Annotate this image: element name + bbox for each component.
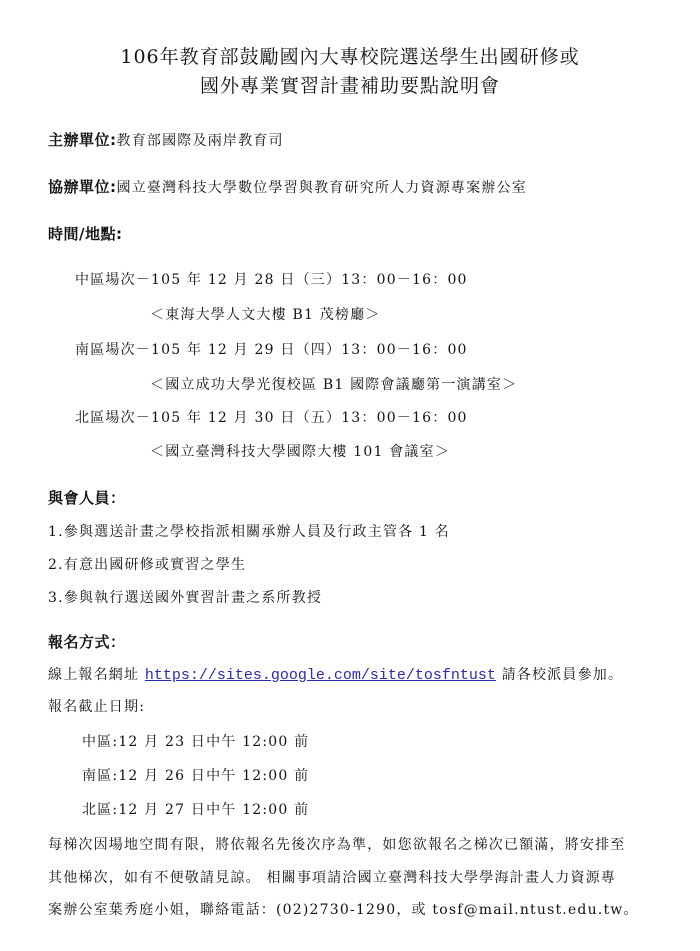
- deadline-south: 南區:12 月 26 日中午 12:00 前: [82, 766, 309, 786]
- session-south-venue: ＜國立成功大學光復校區 B1 國際會議廳第一演講室＞: [150, 375, 517, 395]
- online-registration-row: 線上報名網址 https://sites.google.com/site/tos…: [48, 665, 623, 686]
- note-line-3: 案辦公室葉秀庭小姐，聯絡電話：(02)2730-1290，或 tosf@mail…: [48, 900, 639, 920]
- co-organizer-value: 國立臺灣科技大學數位學習與教育研究所人力資源專案辦公室: [117, 180, 527, 196]
- participants-heading: 與會人員：: [48, 488, 126, 508]
- deadline-north: 北區:12 月 27 日中午 12:00 前: [82, 800, 309, 820]
- participant-item-3: 3.參與執行選送國外實習計畫之系所教授: [48, 588, 322, 608]
- session-central-schedule: 中區場次－105 年 12 月 28 日（三）13：00－16：00: [75, 270, 468, 290]
- co-organizer-row: 協辦單位:國立臺灣科技大學數位學習與教育研究所人力資源專案辦公室: [48, 177, 527, 198]
- document-title-line-1: 106年教育部鼓勵國內大專校院選送學生出國研修或: [0, 45, 700, 69]
- session-north-schedule: 北區場次－105 年 12 月 30 日（五）13：00－16：00: [75, 408, 468, 428]
- co-organizer-label: 協辦單位:: [48, 178, 117, 196]
- document-page: 106年教育部鼓勵國內大專校院選送學生出國研修或 國外專業實習計畫補助要點說明會…: [0, 0, 700, 951]
- deadline-label: 報名截止日期:: [48, 697, 145, 717]
- session-central-venue: ＜東海大學人文大樓 B1 茂榜廳＞: [150, 305, 381, 325]
- note-line-2: 其他梯次，如有不便敬請見諒。 相關事項請洽國立臺灣科技大學學海計畫人力資源專: [48, 868, 616, 888]
- note-line-1: 每梯次因場地空間有限，將依報名先後次序為準，如您欲報名之梯次已額滿，將安排至: [48, 835, 626, 855]
- online-registration-prefix: 線上報名網址: [48, 667, 139, 683]
- document-title-line-2: 國外專業實習計畫補助要點說明會: [0, 74, 700, 98]
- session-north-venue: ＜國立臺灣科技大學國際大樓 101 會議室＞: [150, 442, 450, 462]
- registration-link[interactable]: https://sites.google.com/site/tosfntust: [145, 667, 496, 684]
- online-registration-suffix: 請各校派員參加。: [496, 667, 623, 683]
- organizer-value: 教育部國際及兩岸教育司: [117, 133, 284, 149]
- organizer-row: 主辦單位:教育部國際及兩岸教育司: [48, 130, 284, 151]
- session-south-schedule: 南區場次－105 年 12 月 29 日（四）13：00－16：00: [75, 340, 468, 360]
- registration-heading: 報名方式：: [48, 632, 126, 652]
- participant-item-2: 2.有意出國研修或實習之學生: [48, 555, 246, 575]
- deadline-central: 中區:12 月 23 日中午 12:00 前: [82, 732, 309, 752]
- organizer-label: 主辦單位:: [48, 131, 117, 149]
- time-place-heading: 時間/地點:: [48, 224, 122, 244]
- participant-item-1: 1.參與選送計畫之學校指派相關承辦人員及行政主管各 1 名: [48, 522, 450, 542]
